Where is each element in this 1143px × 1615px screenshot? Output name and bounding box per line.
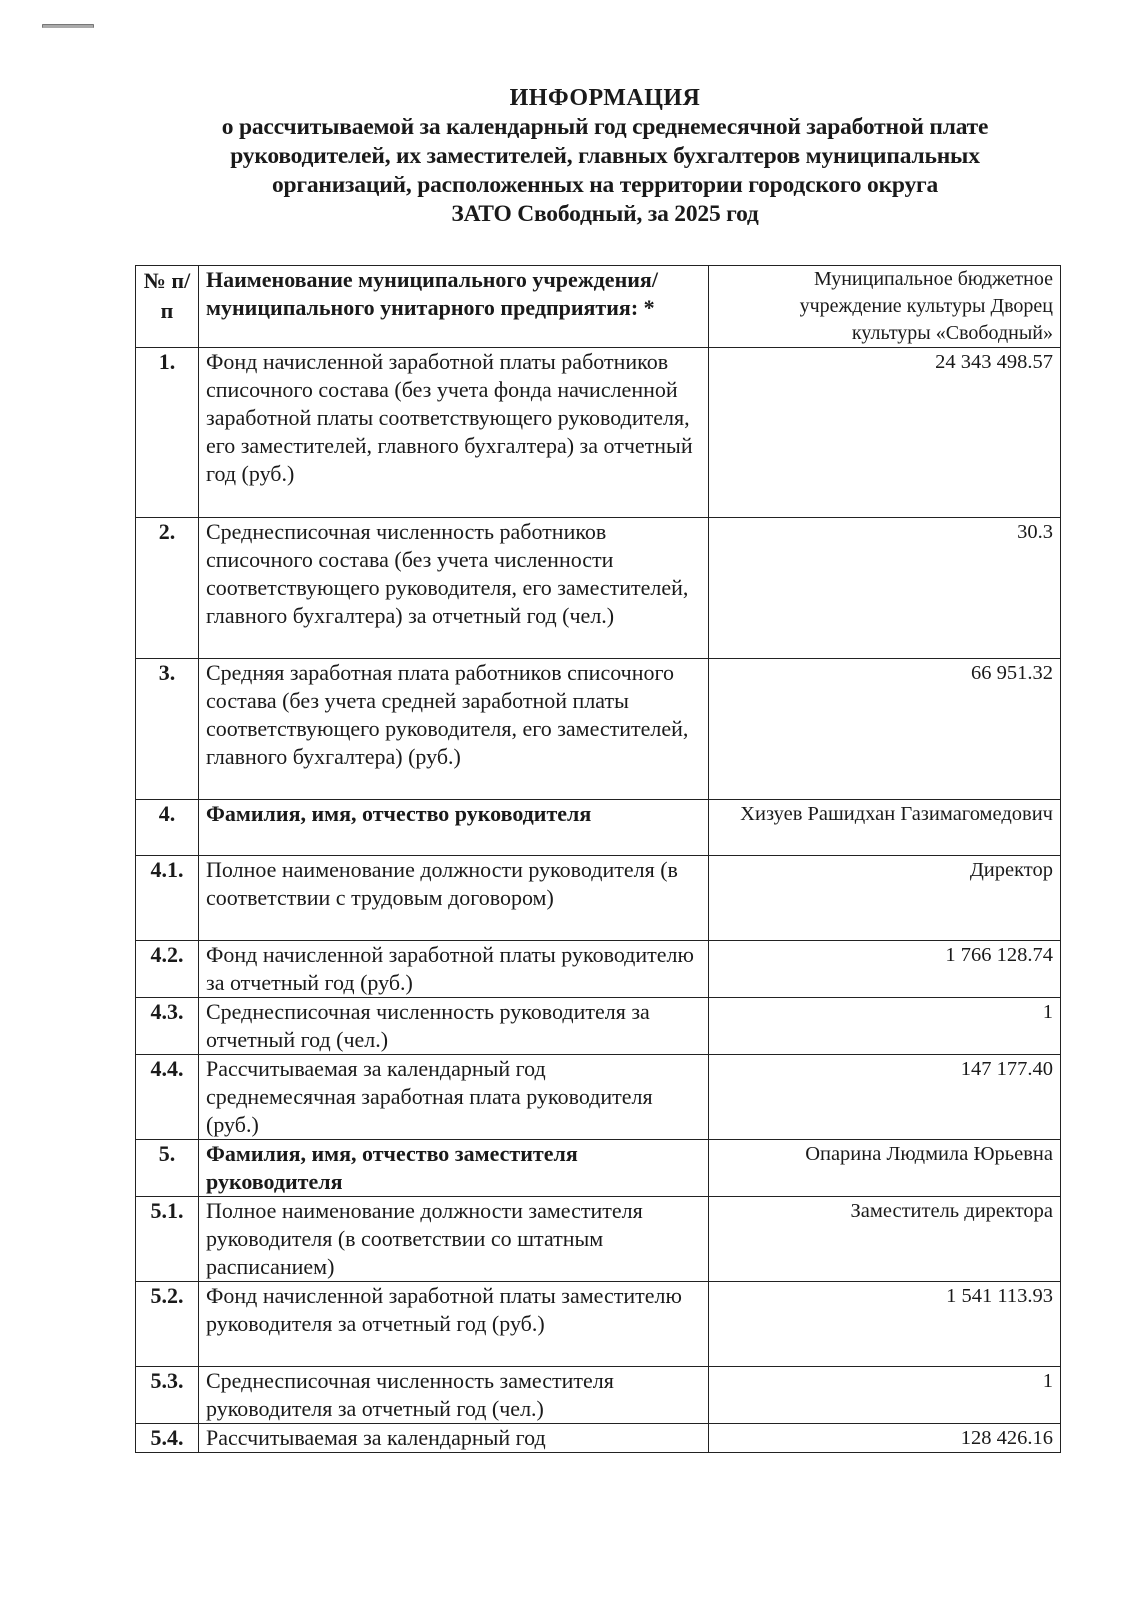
row-value-cell: 1 [709,998,1061,1055]
subtitle-line: организаций, расположенных на территории… [130,171,1080,200]
row-value-cell: 24 343 498.57 [709,348,1061,518]
row-indicator-cell: Среднесписочная численность работников с… [199,518,709,659]
header-name-cell: Наименование муниципального учреждения/м… [199,266,709,348]
table-row: 1.Фонд начисленной заработной платы рабо… [136,348,1061,518]
row-number-cell: 5.4. [136,1424,199,1453]
row-number-cell: 5.3. [136,1367,199,1424]
row-indicator-cell: Полное наименование должности заместител… [199,1197,709,1282]
row-value-cell: 1 541 113.93 [709,1282,1061,1367]
row-number-cell: 2. [136,518,199,659]
row-value-cell: Директор [709,856,1061,941]
row-indicator-cell: Рассчитываемая за календарный год [199,1424,709,1453]
row-value-cell: 147 177.40 [709,1055,1061,1140]
row-value-cell: 128 426.16 [709,1424,1061,1453]
row-value-cell: 66 951.32 [709,659,1061,800]
table-row: 5.1.Полное наименование должности замест… [136,1197,1061,1282]
row-indicator-cell: Фамилия, имя, отчество руководителя [199,800,709,856]
table-header-row: № п/п Наименование муниципального учрежд… [136,266,1061,348]
subtitle-line: руководителей, их заместителей, главных … [130,142,1080,171]
row-value-cell: 1 766 128.74 [709,941,1061,998]
row-indicator-cell: Рассчитываемая за календарный год средне… [199,1055,709,1140]
header-organization-cell: Муниципальное бюджетное учреждение культ… [709,266,1061,348]
document-heading: ИНФОРМАЦИЯ [130,84,1080,113]
row-number-cell: 4.3. [136,998,199,1055]
row-number-cell: 1. [136,348,199,518]
row-indicator-cell: Полное наименование должности руководите… [199,856,709,941]
subtitle-line: о рассчитываемой за календарный год сред… [130,113,1080,142]
row-value-cell: Опарина Людмила Юрьевна [709,1140,1061,1197]
row-indicator-cell: Фонд начисленной заработной платы замест… [199,1282,709,1367]
table-row: 2.Среднесписочная численность работников… [136,518,1061,659]
row-number-cell: 5.1. [136,1197,199,1282]
table-row: 4.1.Полное наименование должности руково… [136,856,1061,941]
row-number-cell: 4.1. [136,856,199,941]
table-row: 4.2.Фонд начисленной заработной платы ру… [136,941,1061,998]
table-row: 5.3.Среднесписочная численность заместит… [136,1367,1061,1424]
row-indicator-cell: Средняя заработная плата работников спис… [199,659,709,800]
table-row: 4.4.Рассчитываемая за календарный год ср… [136,1055,1061,1140]
header-num-cell: № п/п [136,266,199,348]
subtitle-line: ЗАТО Свободный, за 2025 год [130,200,1080,229]
row-indicator-cell: Среднесписочная численность руководителя… [199,998,709,1055]
salary-info-table: № п/п Наименование муниципального учрежд… [135,265,1061,1453]
row-value-cell: 1 [709,1367,1061,1424]
row-number-cell: 3. [136,659,199,800]
row-indicator-cell: Фонд начисленной заработной платы работн… [199,348,709,518]
row-number-cell: 4.4. [136,1055,199,1140]
document-title-block: ИНФОРМАЦИЯ о рассчитываемой за календарн… [130,84,1080,229]
table-row: 5.4.Рассчитываемая за календарный год128… [136,1424,1061,1453]
row-number-cell: 5.2. [136,1282,199,1367]
table-row: 4.Фамилия, имя, отчество руководителяХиз… [136,800,1061,856]
row-indicator-cell: Среднесписочная численность заместителя … [199,1367,709,1424]
table-row: 5.2.Фонд начисленной заработной платы за… [136,1282,1061,1367]
table-row: 3.Средняя заработная плата работников сп… [136,659,1061,800]
row-value-cell: Заместитель директора [709,1197,1061,1282]
row-value-cell: Хизуев Рашидхан Газимагомедович [709,800,1061,856]
row-number-cell: 4. [136,800,199,856]
row-number-cell: 4.2. [136,941,199,998]
row-value-cell: 30.3 [709,518,1061,659]
scan-artifact-mark [42,24,94,28]
table-row: 5.Фамилия, имя, отчество заместителя рук… [136,1140,1061,1197]
row-indicator-cell: Фамилия, имя, отчество заместителя руков… [199,1140,709,1197]
table-row: 4.3.Среднесписочная численность руководи… [136,998,1061,1055]
row-indicator-cell: Фонд начисленной заработной платы руково… [199,941,709,998]
row-number-cell: 5. [136,1140,199,1197]
